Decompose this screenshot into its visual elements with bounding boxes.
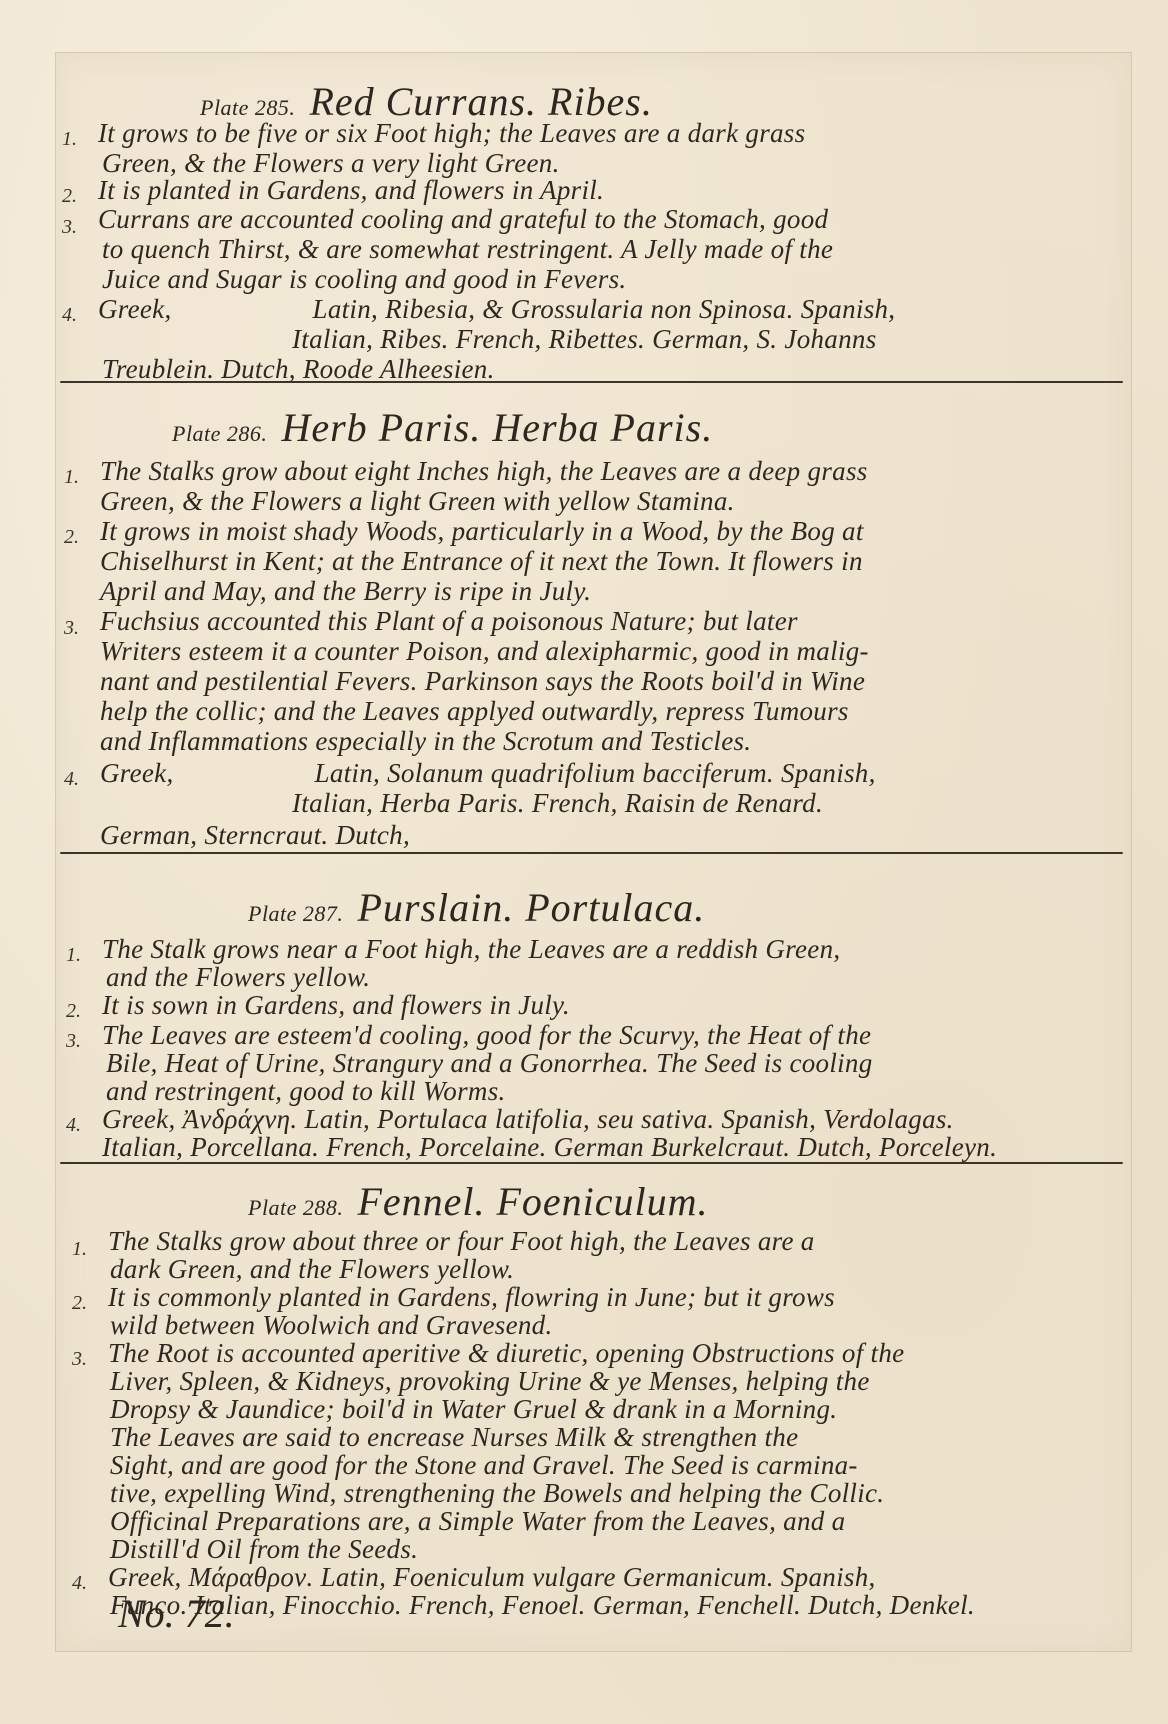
text-line: It grows to be five or six Foot high; th… xyxy=(98,120,805,147)
item-number: 3. xyxy=(66,1030,81,1053)
plate-number: Plate 285. xyxy=(200,95,295,120)
text-line: and restringent, good to kill Worms. xyxy=(106,1078,506,1105)
text-line: Treublein. Dutch, Roode Alheesien. xyxy=(102,356,495,383)
text-line: Sight, and are good for the Stone and Gr… xyxy=(110,1452,858,1479)
item-number: 1. xyxy=(62,128,77,151)
item-number: 1. xyxy=(72,1238,87,1261)
section-heading: Plate 287. Purslain. Portulaca. xyxy=(248,884,705,931)
plant-title: Herb Paris. Herba Paris. xyxy=(281,405,713,450)
item-number: 4. xyxy=(64,768,79,791)
text-line: The Leaves are said to encrease Nurses M… xyxy=(110,1424,798,1451)
item-number: 1. xyxy=(66,944,81,967)
text-line: Greek, Μάραθρον. Latin, Foeniculum vulga… xyxy=(108,1564,876,1591)
text-line: Juice and Sugar is cooling and good in F… xyxy=(102,266,626,293)
plate-number: Plate 286. xyxy=(172,421,267,446)
text-line: The Stalk grows near a Foot high, the Le… xyxy=(102,936,840,963)
text-line: It grows in moist shady Woods, particula… xyxy=(100,518,864,545)
plant-title: Fennel. Foeniculum. xyxy=(357,1179,708,1224)
item-number: 2. xyxy=(62,185,77,208)
plant-title: Purslain. Portulaca. xyxy=(357,885,705,930)
text-line: Italian, Ribes. French, Ribettes. German… xyxy=(292,326,877,353)
item-number: 3. xyxy=(62,216,77,239)
text-line: It is sown in Gardens, and flowers in Ju… xyxy=(102,992,570,1019)
text-line: German, Sterncraut. Dutch, xyxy=(100,822,410,849)
section-divider xyxy=(60,1162,1123,1164)
text-line: Fuchsius accounted this Plant of a poiso… xyxy=(100,608,798,635)
item-number: 1. xyxy=(64,466,79,489)
text-line: It is commonly planted in Gardens, flowr… xyxy=(108,1284,835,1311)
text-line: Greek, Latin, Ribesia, & Grossularia non… xyxy=(98,296,895,323)
page-number: No. 72. xyxy=(118,1590,235,1637)
text-line: It is planted in Gardens, and flowers in… xyxy=(98,177,604,204)
text-line: and Inflammations especially in the Scro… xyxy=(100,728,751,755)
text-line: The Root is accounted aperitive & diuret… xyxy=(108,1340,904,1367)
text-line: Italian, Porcellana. French, Porcelaine.… xyxy=(102,1134,997,1161)
text-line: Distill'd Oil from the Seeds. xyxy=(110,1536,418,1563)
text-line: help the collic; and the Leaves applyed … xyxy=(100,698,849,725)
text-line: dark Green, and the Flowers yellow. xyxy=(110,1256,514,1283)
text-line: Green, & the Flowers a light Green with … xyxy=(100,488,735,515)
text-line: nant and pestilential Fevers. Parkinson … xyxy=(100,668,865,695)
text-line: wild between Woolwich and Gravesend. xyxy=(110,1312,553,1339)
section-heading: Plate 286. Herb Paris. Herba Paris. xyxy=(172,404,713,451)
text-line: April and May, and the Berry is ripe in … xyxy=(100,578,591,605)
text-line: The Stalks grow about three or four Foot… xyxy=(108,1228,815,1255)
plate-number: Plate 287. xyxy=(248,901,343,926)
item-number: 2. xyxy=(64,526,79,549)
text-line: Italian, Herba Paris. French, Raisin de … xyxy=(292,790,823,817)
item-number: 3. xyxy=(64,617,79,640)
item-number: 2. xyxy=(66,1000,81,1023)
section-heading: Plate 288. Fennel. Foeniculum. xyxy=(248,1178,709,1225)
text-line: and the Flowers yellow. xyxy=(106,964,370,991)
text-line: Bile, Heat of Urine, Strangury and a Gon… xyxy=(106,1050,873,1077)
plate-number: Plate 288. xyxy=(248,1195,343,1220)
text-line: Writers esteem it a counter Poison, and … xyxy=(100,638,869,665)
text-line: The Leaves are esteem'd cooling, good fo… xyxy=(102,1022,871,1049)
text-line: Dropsy & Jaundice; boil'd in Water Gruel… xyxy=(110,1396,837,1423)
item-number: 4. xyxy=(72,1572,87,1595)
text-line: Liver, Spleen, & Kidneys, provoking Urin… xyxy=(110,1368,870,1395)
text-line: Funco. Italian, Finocchio. French, Fenoe… xyxy=(110,1592,975,1619)
text-line: Greek, Latin, Solanum quadrifolium bacci… xyxy=(100,760,876,787)
section-divider xyxy=(60,852,1123,854)
item-number: 4. xyxy=(66,1114,81,1137)
item-number: 2. xyxy=(72,1292,87,1315)
text-line: The Stalks grow about eight Inches high,… xyxy=(100,458,868,485)
text-line: Officinal Preparations are, a Simple Wat… xyxy=(110,1508,845,1535)
item-number: 4. xyxy=(62,304,77,327)
text-line: Currans are accounted cooling and gratef… xyxy=(98,206,828,233)
text-line: Green, & the Flowers a very light Green. xyxy=(102,150,560,177)
text-line: to quench Thirst, & are somewhat restrin… xyxy=(102,236,833,263)
text-line: tive, expelling Wind, strengthening the … xyxy=(110,1480,884,1507)
item-number: 3. xyxy=(72,1348,87,1371)
text-line: Chiselhurst in Kent; at the Entrance of … xyxy=(100,548,863,575)
section-divider xyxy=(60,381,1123,383)
text-line: Greek, Ἀνδράχνη. Latin, Portulaca latifo… xyxy=(102,1106,954,1133)
